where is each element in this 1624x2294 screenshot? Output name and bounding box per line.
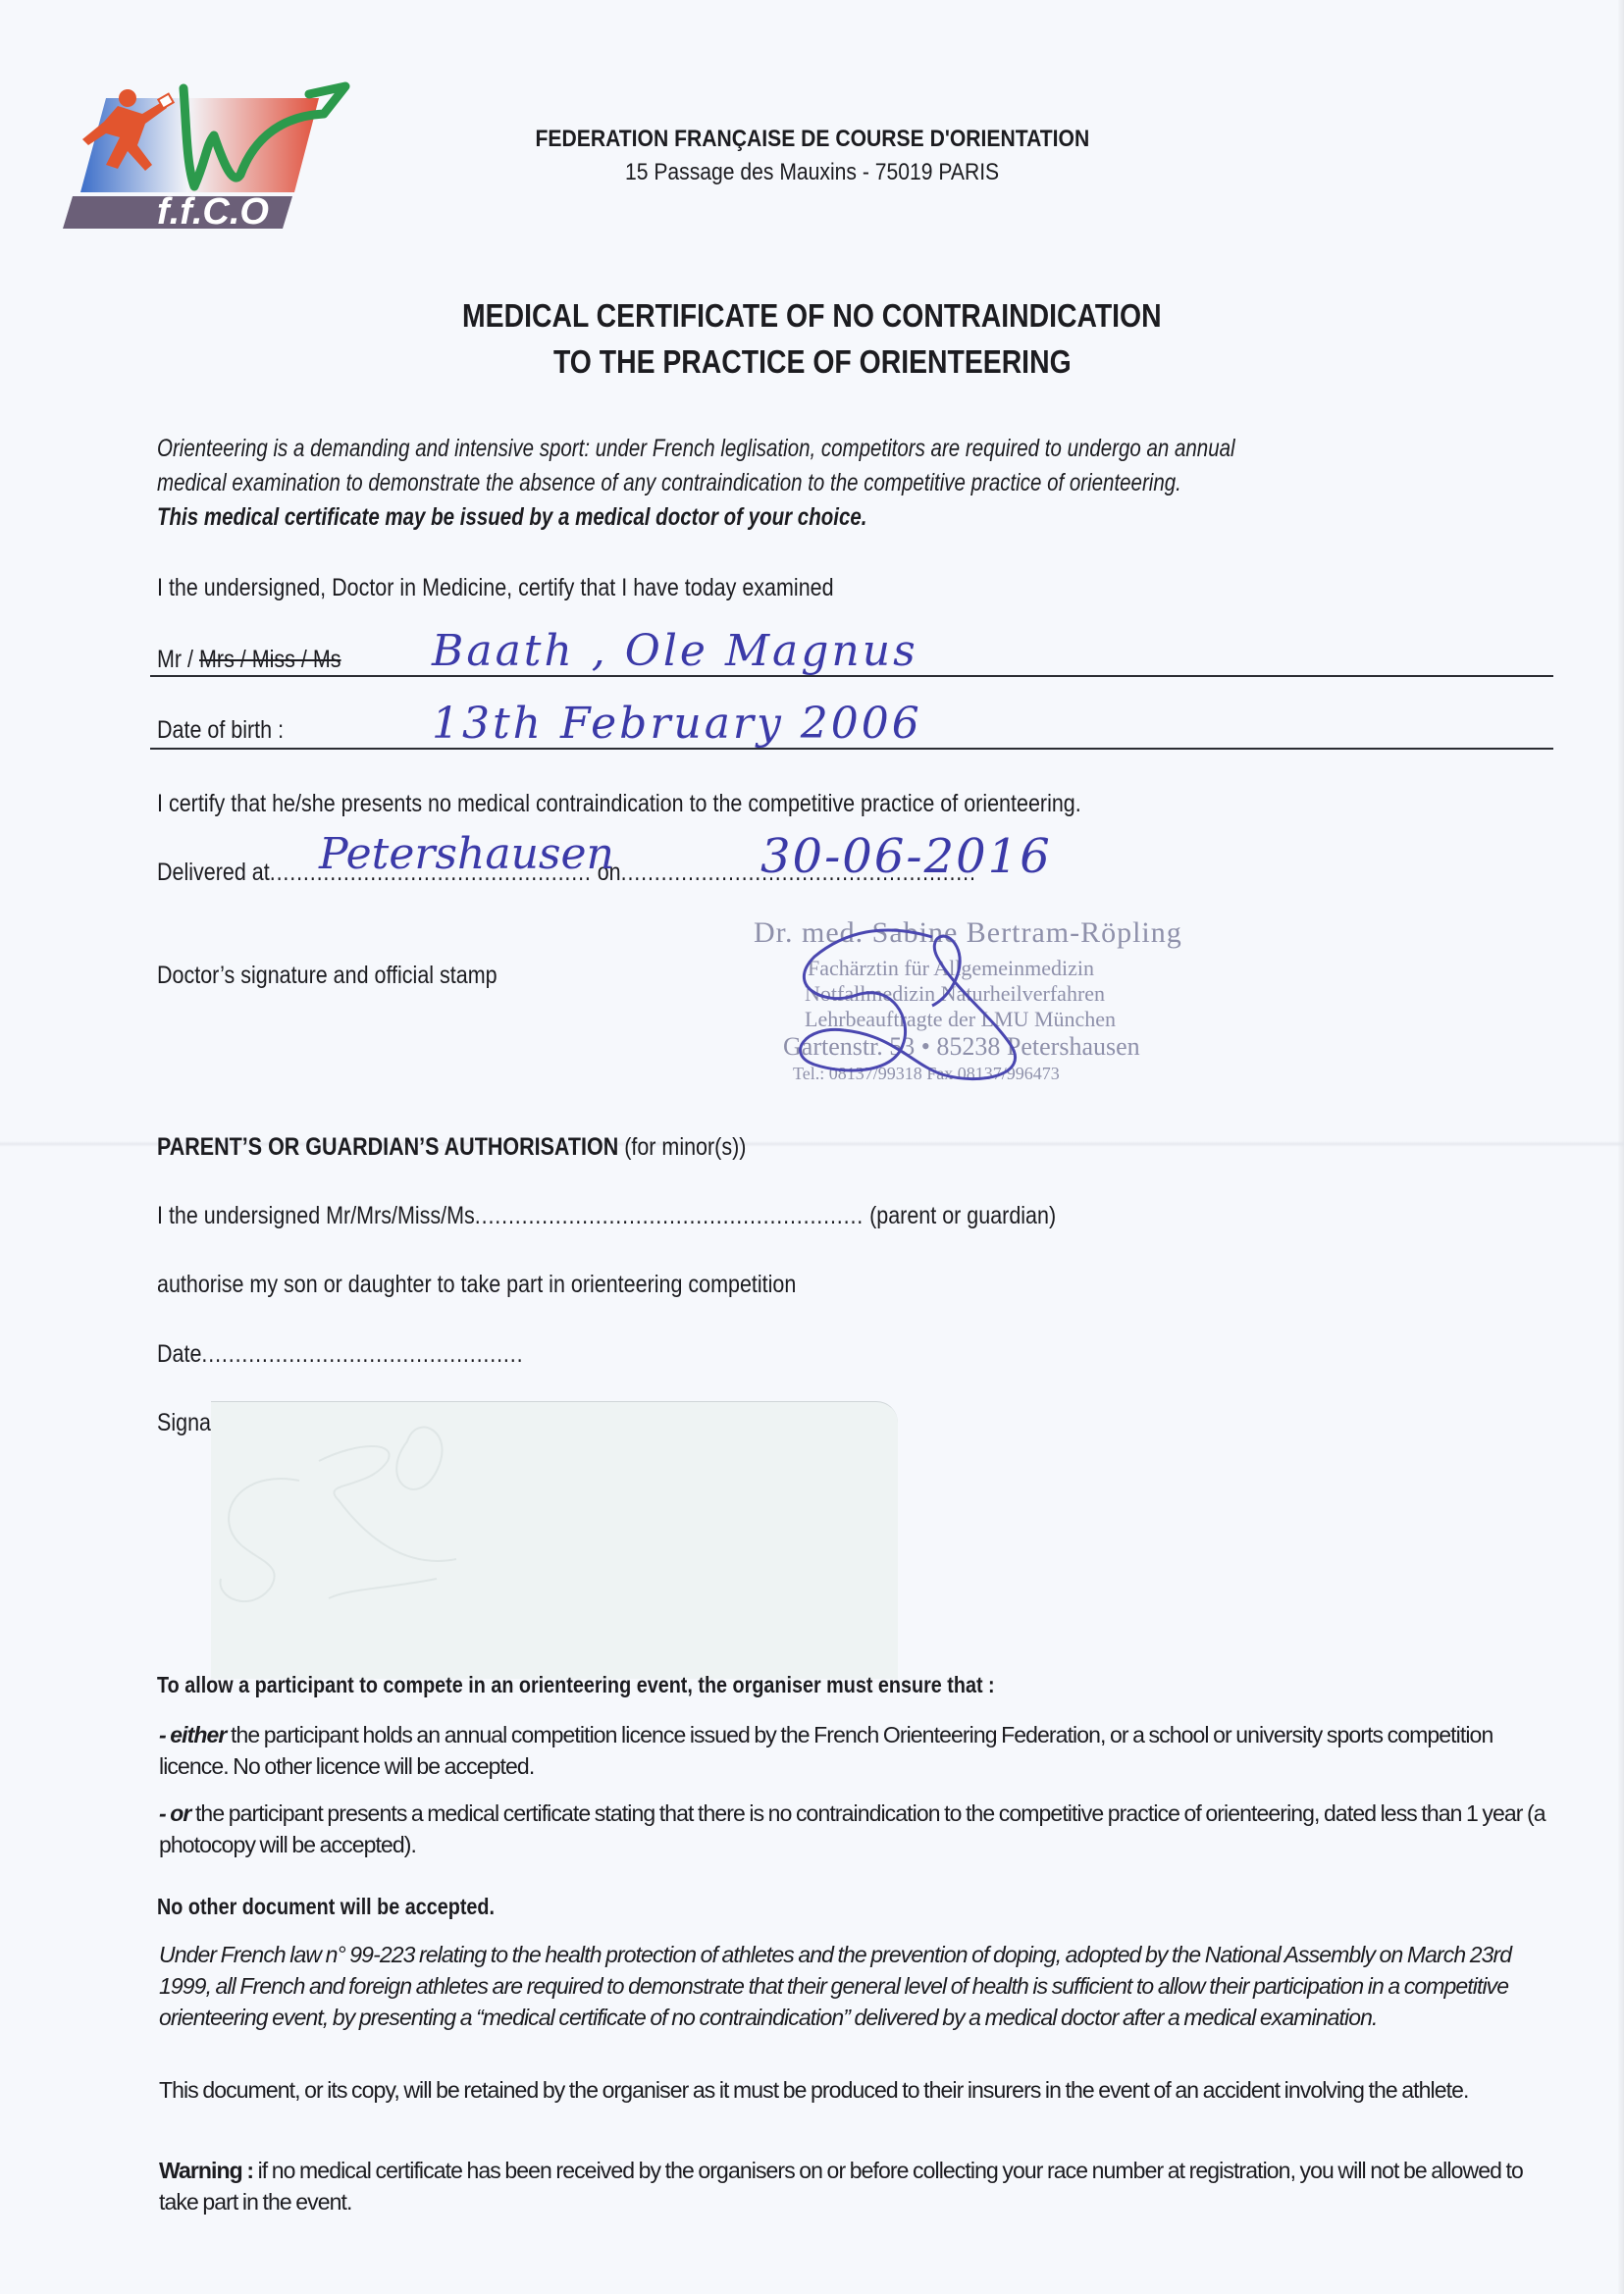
name-underline xyxy=(150,675,1553,677)
svg-text:f.f.C.O: f.f.C.O xyxy=(157,191,269,233)
certify-text: I certify that he/she presents no medica… xyxy=(157,790,1231,818)
struck-titles: Mrs / Miss / Ms xyxy=(199,646,341,673)
doctor-statement: I the undersigned, Doctor in Medicine, c… xyxy=(157,574,944,602)
delivered-date-field[interactable]: 30-06-2016 xyxy=(760,829,1052,884)
no-other-document: No other document will be accepted. xyxy=(157,1894,550,1920)
redacted-signature-area xyxy=(211,1401,898,1679)
dob-label: Date of birth : xyxy=(157,716,304,745)
doctor-signature xyxy=(746,927,1060,1094)
dob-underline xyxy=(150,748,1553,750)
ffco-logo-icon: f.f.C.O xyxy=(59,77,353,234)
law-text: Under French law n° 99-223 relating to t… xyxy=(159,1939,1552,2033)
guardian-name-field[interactable]: ........................................… xyxy=(475,1202,864,1229)
rule-either: - either the participant holds an annual… xyxy=(159,1719,1552,1782)
rules-heading: To allow a participant to compete in an … xyxy=(157,1672,1131,1698)
guardian-authorise-text: authorise my son or daughter to take par… xyxy=(157,1271,900,1299)
retention-text: This document, or its copy, will be reta… xyxy=(159,2074,1552,2106)
intro-line-1: Orienteering is a demanding and intensiv… xyxy=(157,435,1472,463)
federation-name: FEDERATION FRANÇAISE DE COURSE D'ORIENTA… xyxy=(0,126,1624,153)
doctor-signature-label: Doctor’s signature and official stamp xyxy=(157,962,552,990)
guardian-undersigned-line: I the undersigned Mr/Mrs/Miss/Ms........… xyxy=(157,1202,1202,1230)
intro-bold-line: This medical certificate may be issued b… xyxy=(157,503,1022,532)
guardian-heading: PARENT’S OR GUARDIAN’S AUTHORISATION (fo… xyxy=(157,1133,842,1162)
document-title-line2: TO THE PRACTICE OF ORIENTEERING xyxy=(0,343,1624,381)
warning-text: Warning : if no medical certificate has … xyxy=(159,2155,1552,2217)
document-title-line1: MEDICAL CERTIFICATE OF NO CONTRAINDICATI… xyxy=(0,297,1624,335)
delivered-place-field[interactable]: Petershausen xyxy=(319,829,614,879)
intro-line-2: medical examination to demonstrate the a… xyxy=(157,469,1406,497)
faint-signature xyxy=(211,1402,898,1679)
certificate-page: f.f.C.O FEDERATION FRANÇAISE DE COURSE D… xyxy=(0,0,1624,2294)
patient-name-field[interactable]: Baath , Ole Magnus xyxy=(432,626,918,676)
dob-field[interactable]: 13th February 2006 xyxy=(432,699,922,749)
guardian-date-field[interactable]: ........................................… xyxy=(201,1340,523,1368)
federation-address: 15 Passage des Mauxins - 75019 PARIS xyxy=(0,159,1624,186)
title-label: Mr / Mrs / Miss / Ms xyxy=(157,646,371,674)
rule-or: - or the participant presents a medical … xyxy=(159,1798,1552,1860)
guardian-date-line: Date....................................… xyxy=(157,1340,583,1369)
